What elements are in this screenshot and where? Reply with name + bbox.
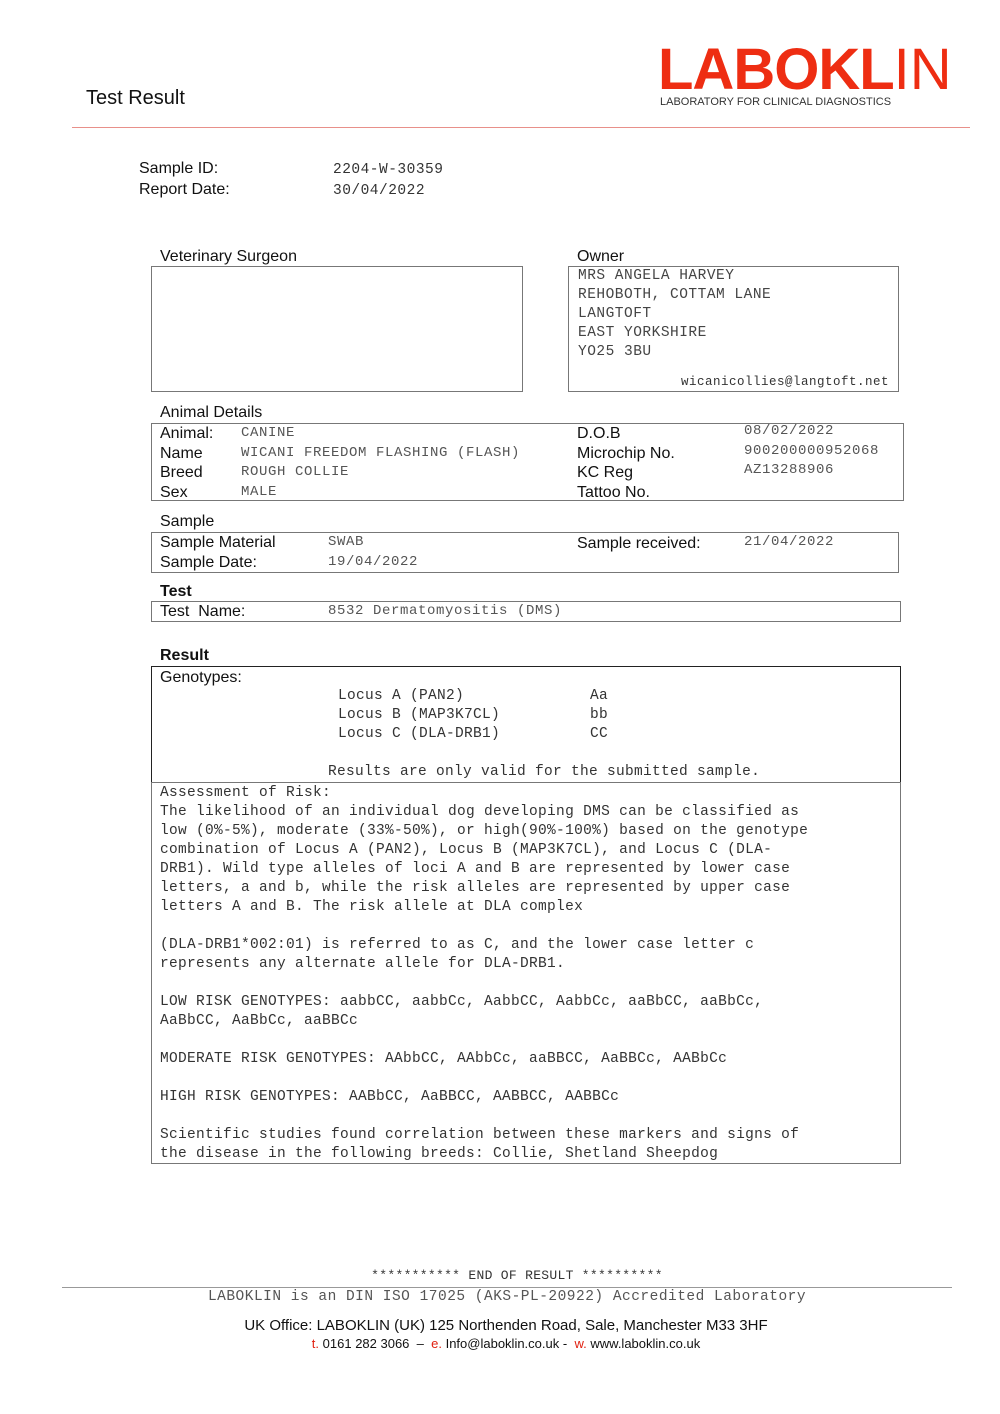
kc-reg-label: KC Reg (577, 463, 675, 483)
genotype-locus-c-value: CC (590, 725, 608, 744)
animal-label: Animal: (160, 424, 213, 444)
assessment-line: The likelihood of an individual dog deve… (160, 803, 808, 822)
owner-section-label: Owner (577, 248, 624, 266)
owner-address-line: EAST YORKSHIRE (578, 324, 707, 343)
assessment-line: AaBbCC, AaBbCc, aaBBCc (160, 1012, 808, 1031)
logo-tagline: LABORATORY FOR CLINICAL DIAGNOSTICS (660, 96, 891, 108)
logo-wordmark: LABOKLIN (658, 44, 952, 96)
dob-label: D.O.B (577, 424, 675, 444)
blank-line (160, 917, 808, 936)
assessment-line: represents any alternate allele for DLA-… (160, 955, 808, 974)
tattoo-label: Tattoo No. (577, 483, 675, 503)
header-divider (72, 127, 970, 128)
blank-line (160, 974, 808, 993)
kc-reg-value: AZ13288906 (744, 461, 879, 481)
web-prefix: w. (574, 1336, 586, 1351)
uk-office-address: UK Office: LABOKLIN (UK) 125 Northenden … (0, 1317, 1000, 1334)
assessment-line: HIGH RISK GENOTYPES: AABbCC, AaBBCC, AAB… (160, 1088, 808, 1107)
sample-received-value: 21/04/2022 (744, 533, 834, 553)
dob-value: 08/02/2022 (744, 422, 879, 442)
page-title: Test Result (86, 87, 185, 110)
assessment-line: combination of Locus A (PAN2), Locus B (… (160, 841, 808, 860)
test-name-label: Test Name: (160, 602, 245, 622)
name-label: Name (160, 444, 213, 464)
test-box: Test Name: 8532 Dermatomyositis (DMS) (151, 601, 901, 622)
name-value: WICANI FREEDOM FLASHING (FLASH) (241, 444, 520, 464)
test-name-value: 8532 Dermatomyositis (DMS) (328, 602, 562, 622)
microchip-value: 900200000952068 (744, 442, 879, 462)
breed-label: Breed (160, 463, 213, 483)
sample-id-label: Sample ID: (139, 160, 218, 178)
assessment-line: letters A and B. The risk allele at DLA … (160, 898, 808, 917)
genotype-locus-b-value: bb (590, 706, 608, 725)
email-prefix: e. (431, 1336, 442, 1351)
assessment-line: (DLA-DRB1*002:01) is referred to as C, a… (160, 936, 808, 955)
assessment-text: Assessment of Risk:The likelihood of an … (160, 784, 808, 1164)
genotype-locus-b: Locus B (MAP3K7CL) (338, 706, 500, 725)
assessment-line: Scientific studies found correlation bet… (160, 1126, 808, 1145)
result-section-label: Result (160, 647, 209, 665)
vet-section-label: Veterinary Surgeon (160, 248, 297, 266)
blank-line (160, 1107, 808, 1126)
separator: - (563, 1336, 567, 1351)
genotypes-label: Genotypes: (160, 668, 242, 688)
assessment-line: MODERATE RISK GENOTYPES: AAbbCC, AAbbCc,… (160, 1050, 808, 1069)
sample-date-label: Sample Date: (160, 553, 257, 573)
genotype-locus-c: Locus C (DLA-DRB1) (338, 725, 500, 744)
owner-address-line: LANGTOFT (578, 305, 652, 324)
phone-number[interactable]: 0161 282 3066 (323, 1336, 410, 1351)
footer-divider (62, 1287, 952, 1288)
owner-email: wicanicollies@langtoft.net (681, 375, 889, 389)
separator: – (417, 1336, 424, 1351)
microchip-label: Microchip No. (577, 444, 675, 464)
vet-box (151, 266, 523, 392)
owner-name: MRS ANGELA HARVEY (578, 267, 734, 286)
test-section-label: Test (160, 583, 192, 601)
report-date-label: Report Date: (139, 181, 230, 199)
assessment-line: LOW RISK GENOTYPES: aabbCC, aabbCc, Aabb… (160, 993, 808, 1012)
email-link[interactable]: Info@laboklin.co.uk (446, 1336, 560, 1351)
owner-address-line: REHOBOTH, COTTAM LANE (578, 286, 771, 305)
assessment-line: DRB1). Wild type alleles of loci A and B… (160, 860, 808, 879)
sample-material-label: Sample Material (160, 533, 276, 553)
genotype-locus-a-value: Aa (590, 687, 608, 706)
sample-date-value: 19/04/2022 (328, 553, 418, 573)
animal-details-box: Animal: Name Breed Sex CANINE WICANI FRE… (151, 423, 904, 501)
sample-box: Sample Material SWAB Sample Date: 19/04/… (151, 532, 899, 573)
genotypes-box: Genotypes: Locus A (PAN2) Aa Locus B (MA… (151, 666, 901, 783)
sex-label: Sex (160, 483, 213, 503)
phone-prefix: t. (312, 1336, 319, 1351)
assessment-line: low (0%-5%), moderate (33%-50%), or high… (160, 822, 808, 841)
contact-line: t. 0161 282 3066 – e. Info@laboklin.co.u… (0, 1336, 1000, 1351)
sample-section-label: Sample (160, 513, 214, 531)
owner-postcode: YO25 3BU (578, 343, 652, 362)
assessment-line: the disease in the following breeds: Col… (160, 1145, 808, 1164)
breed-value: ROUGH COLLIE (241, 463, 520, 483)
end-of-result-marker: *********** END OF RESULT ********** (0, 1268, 1000, 1283)
sample-id-value: 2204-W-30359 (333, 162, 443, 178)
validity-note: Results are only valid for the submitted… (328, 763, 760, 782)
assessment-line: Assessment of Risk: (160, 784, 808, 803)
assessment-line: letters, a and b, while the risk alleles… (160, 879, 808, 898)
report-date-value: 30/04/2022 (333, 183, 425, 199)
sample-received-label: Sample received: (577, 534, 701, 554)
assessment-box: Assessment of Risk:The likelihood of an … (151, 782, 901, 1164)
animal-value: CANINE (241, 424, 520, 444)
owner-box: MRS ANGELA HARVEY REHOBOTH, COTTAM LANE … (568, 266, 899, 392)
blank-line (160, 1069, 808, 1088)
laboklin-logo: LABOKLIN LABORATORY FOR CLINICAL DIAGNOS… (658, 44, 938, 112)
sex-value: MALE (241, 483, 520, 503)
accreditation-text: LABOKLIN is an DIN ISO 17025 (AKS-PL-209… (0, 1289, 1000, 1305)
genotype-locus-a: Locus A (PAN2) (338, 687, 464, 706)
website-link[interactable]: www.laboklin.co.uk (590, 1336, 700, 1351)
blank-line (160, 1031, 808, 1050)
animal-section-label: Animal Details (160, 404, 262, 422)
sample-material-value: SWAB (328, 533, 364, 553)
